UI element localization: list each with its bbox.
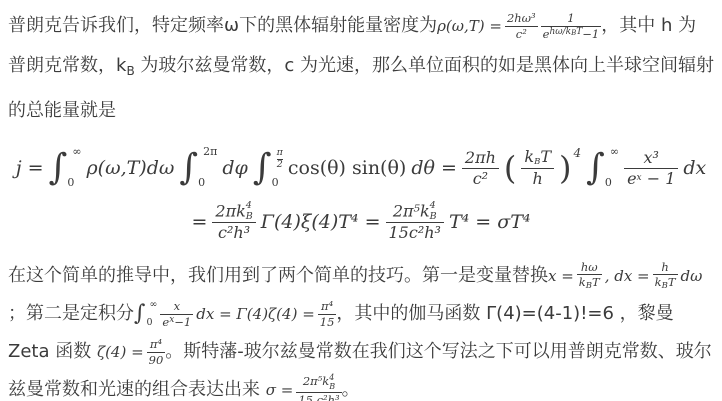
fraction-numerator: h [653,260,678,275]
fraction: hωkBT [577,260,602,292]
math-gamma-xi: Γ(4)ξ(4)T⁴ = [261,211,381,233]
integral-sign: ∫ [179,152,198,184]
math-k: k [655,275,662,289]
subscript-B: B [126,64,134,78]
fraction: 1ehω/kBT−1 [541,11,602,41]
math-x-equals: x = [548,268,574,285]
math-dx: dx [683,157,706,179]
upper-limit: π2 [277,145,283,171]
right-paren: ) [559,152,571,184]
fraction: π⁴15 [318,299,337,329]
subscript-B: B [430,212,437,223]
integral-sign: ∫ [586,152,605,184]
integral-sign: ∫ [253,152,272,184]
exponent: hω/kBT [549,27,582,37]
fraction-denominator: kBT [577,275,602,292]
fraction-denominator: c² [462,169,499,189]
superscript-4: 4 [329,373,335,382]
power-4: 4 [573,146,581,160]
integral-limits: ∞0 [149,300,157,328]
fraction: 2πhc² [462,148,499,189]
superscript-4: 4 [430,201,437,212]
inline-math-energy-density: ρ(ω,T) =2hω³c²1ehω/kBT−1 [437,11,601,41]
lower-limit: 0 [605,176,619,189]
lower-limit: 0 [67,176,81,189]
fraction-denominator: ehω/kBT−1 [541,27,602,41]
left-paren: ( [504,152,516,184]
text-run: ；第二是定积分 [8,303,134,324]
integral-limits: ∞0 [610,145,619,191]
math-lhs: ρ(ω,T) = [437,18,502,35]
fraction-denominator: ex−1 [160,315,193,329]
fraction-denominator: kBT [653,275,678,292]
fraction-denominator: 90 [147,353,166,367]
fraction: hkBT [653,260,678,292]
math-domega: dω [681,268,703,285]
equals-sign: = [191,211,207,233]
sub-sup-stack: 4B [329,373,335,391]
fraction-numerator: 2π⁵k4B [296,373,341,392]
text-run: 普朗克告诉我们，特定频率ω下的黑体辐射能量密度为 [8,15,437,36]
text-run: 。 [342,379,360,400]
fraction: kBTh [521,147,554,189]
paragraph-derivation: 在这个简单的推导中，我们用到了两个简单的技巧。第一是变量替换x =hωkBT, … [8,257,714,401]
fraction-numerator: 2π⁵k4B [386,201,444,224]
fraction-numerator: hω [577,260,602,275]
fraction-denominator: c²h³ [212,223,255,243]
math-k: k [579,275,586,289]
fraction: 2hω³c² [505,11,538,41]
math-minus-one: −1 [174,315,191,329]
exponent-text: hω/k [549,27,571,37]
integral-sign: ∫ [134,303,145,325]
math-minus-one: −1 [582,27,599,41]
math-k: k [524,147,534,166]
fraction-denominator: c² [505,27,538,41]
inline-math-sigma: σ =2π⁵k4B15 c²h³ [266,373,342,401]
fraction-numerator: π⁴ [147,337,166,352]
math-integrand: ρ(ω,T)dω [87,157,175,179]
math-dx-equals: , dx = [605,268,650,285]
sub-sup-stack: 4B [246,201,253,223]
math-sigma-T4: T⁴ = σT⁴ [449,211,531,233]
fraction-numerator: 1 [541,11,602,26]
fraction-numerator: 2πk4B [212,201,255,224]
pi-over-2: π2 [277,148,283,171]
integral-limits: 2π0 [203,145,217,191]
text-run: 在这个简单的推导中，我们用到了两个简单的技巧。第一是变量替换 [8,265,548,286]
math-cos-sin: cos(θ) sin(θ) [288,157,406,179]
sub-sup-stack: 4B [430,201,437,223]
subscript-B: B [246,212,253,223]
integral-limits: ∞0 [72,145,81,191]
fraction: x³ex − 1 [624,148,678,189]
math-2pi5k: 2π⁵k [303,374,329,388]
inline-math-substitution: x =hωkBT, dx =hkBTdω [548,260,702,292]
math-sigma-equals: σ = [266,382,294,399]
fraction-numerator: x [160,299,193,314]
fraction: 2π⁵k4B15c²h³ [386,201,444,244]
lower-limit: 0 [198,176,217,189]
math-zeta-equals: ζ(4) = [97,344,144,361]
math-gamma-zeta: dx = Γ(4)ζ(4) = [196,306,315,323]
inline-math-zeta4: ζ(4) =π⁴90 [97,337,165,367]
fraction-numerator: x³ [624,148,678,169]
fraction-denominator: h [521,169,554,189]
fraction-numerator: kBT [521,147,554,169]
math-T: T [668,275,676,289]
fraction: 2πk4Bc²h³ [212,201,255,244]
fraction-numerator: 2hω³ [505,11,538,26]
inline-math-definite-integral: ∫∞0xex−1dx = Γ(4)ζ(4) =π⁴15 [134,299,336,329]
article-page: 普朗克告诉我们，特定频率ω下的黑体辐射能量密度为ρ(ω,T) =2hω³c²1e… [0,0,722,401]
superscript-4: 4 [246,201,253,212]
math-minus-one: − 1 [642,169,676,188]
integral-limits: π20 [277,145,283,191]
upper-limit: ∞ [72,145,81,158]
formula-line-1: j = ∫ ∞0 ρ(ω,T)dω ∫ 2π0 dφ ∫ π20 cos(θ) … [8,139,714,197]
fraction-numerator: π⁴ [318,299,337,314]
integral-sign: ∫ [49,152,68,184]
math-dphi: dφ [222,157,247,179]
paragraph-intro: 普朗克告诉我们，特定频率ω下的黑体辐射能量密度为ρ(ω,T) =2hω³c²1e… [8,6,714,131]
fraction-denominator: ex − 1 [624,169,678,189]
fraction-denominator: 15c²h³ [386,223,444,243]
math-2pik: 2πk [215,201,245,220]
fraction: xex−1 [160,299,193,329]
math-T: T [540,147,551,166]
math-2pi5k: 2π⁵k [393,201,430,220]
math-j-equals: j = [16,157,44,179]
fraction-numerator: 2πh [462,148,499,169]
subscript-B: B [329,382,335,391]
fraction-denominator: 2 [277,160,283,171]
lower-limit: 0 [146,318,157,328]
math-dtheta-equals: dθ = [411,157,457,179]
fraction-denominator: 15 c²h³ [296,393,341,401]
formula-line-2: = 2πk4Bc²h³ Γ(4)ξ(4)T⁴ = 2π⁵k4B15c²h³ T⁴… [8,197,714,247]
math-T: T [592,275,600,289]
upper-limit: ∞ [149,300,157,310]
upper-limit: ∞ [610,145,619,158]
display-formula: j = ∫ ∞0 ρ(ω,T)dω ∫ 2π0 dφ ∫ π20 cos(θ) … [8,139,714,247]
fraction: 2π⁵k4B15 c²h³ [296,373,341,401]
fraction-denominator: 15 [318,315,337,329]
fraction: π⁴90 [147,337,166,367]
upper-limit: 2π [203,145,217,158]
math-e: e [627,169,636,188]
lower-limit: 0 [272,176,283,189]
